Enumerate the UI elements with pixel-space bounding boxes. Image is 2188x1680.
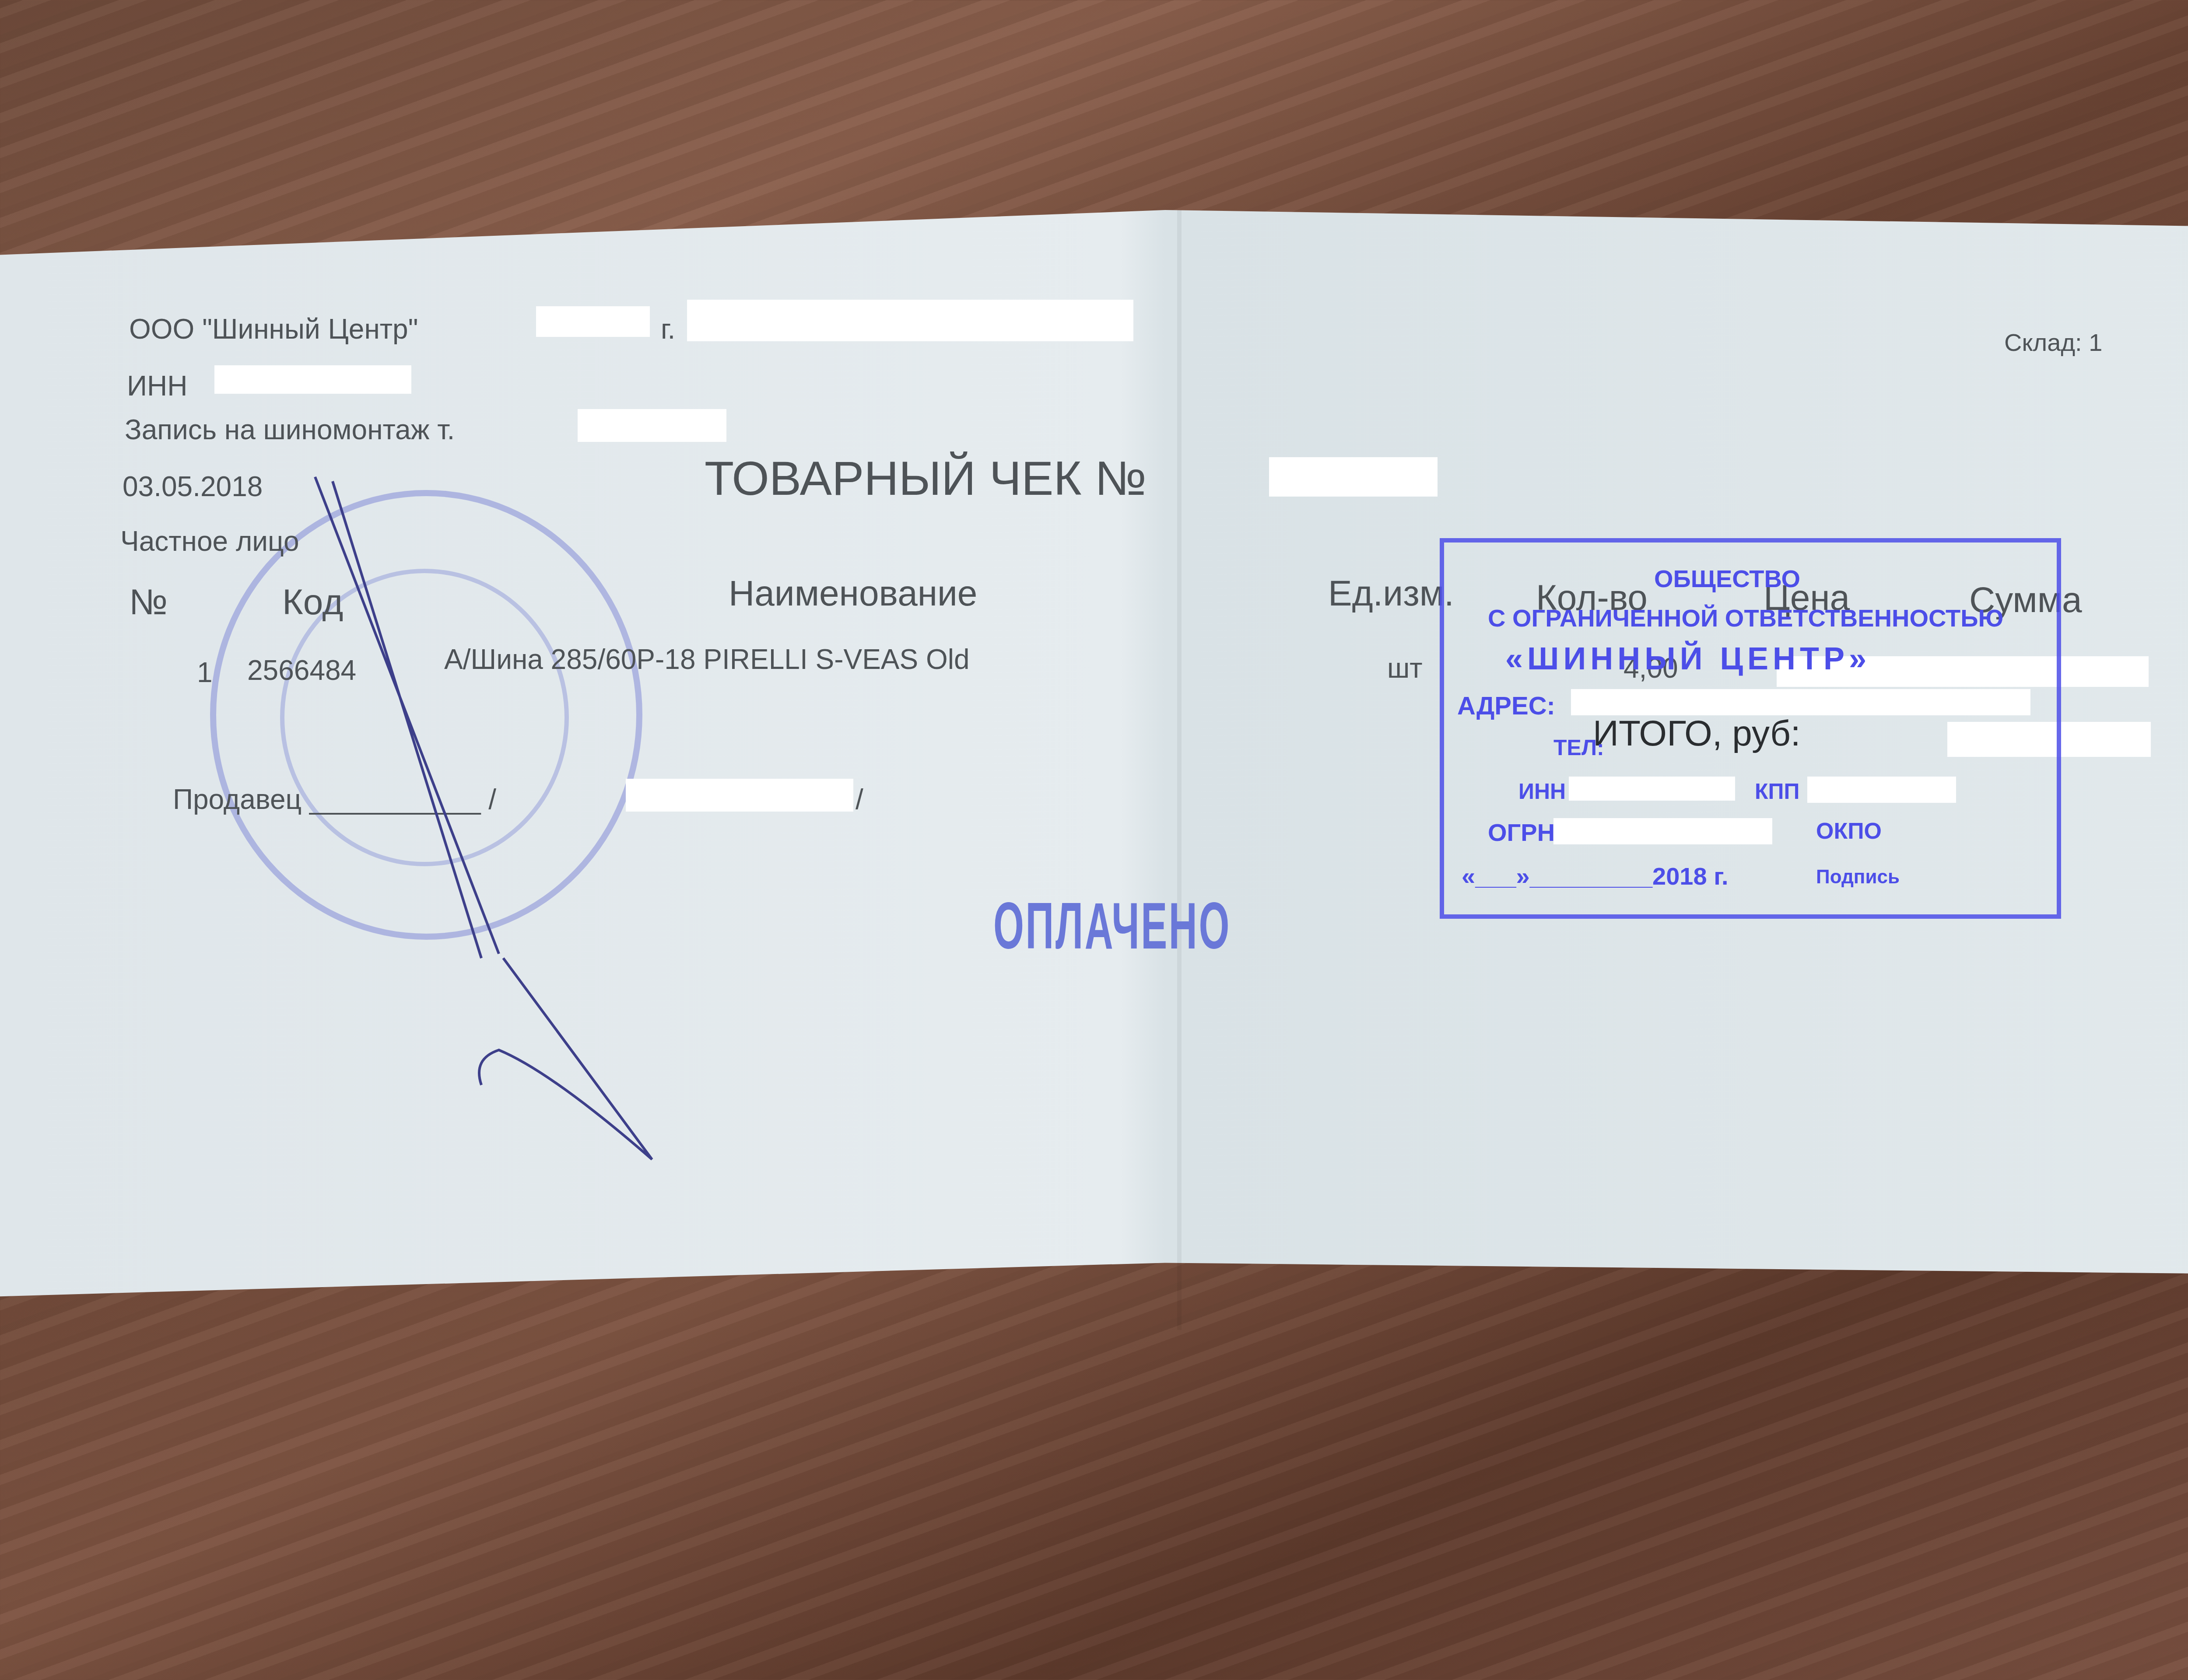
signature-icon bbox=[0, 0, 2188, 1680]
